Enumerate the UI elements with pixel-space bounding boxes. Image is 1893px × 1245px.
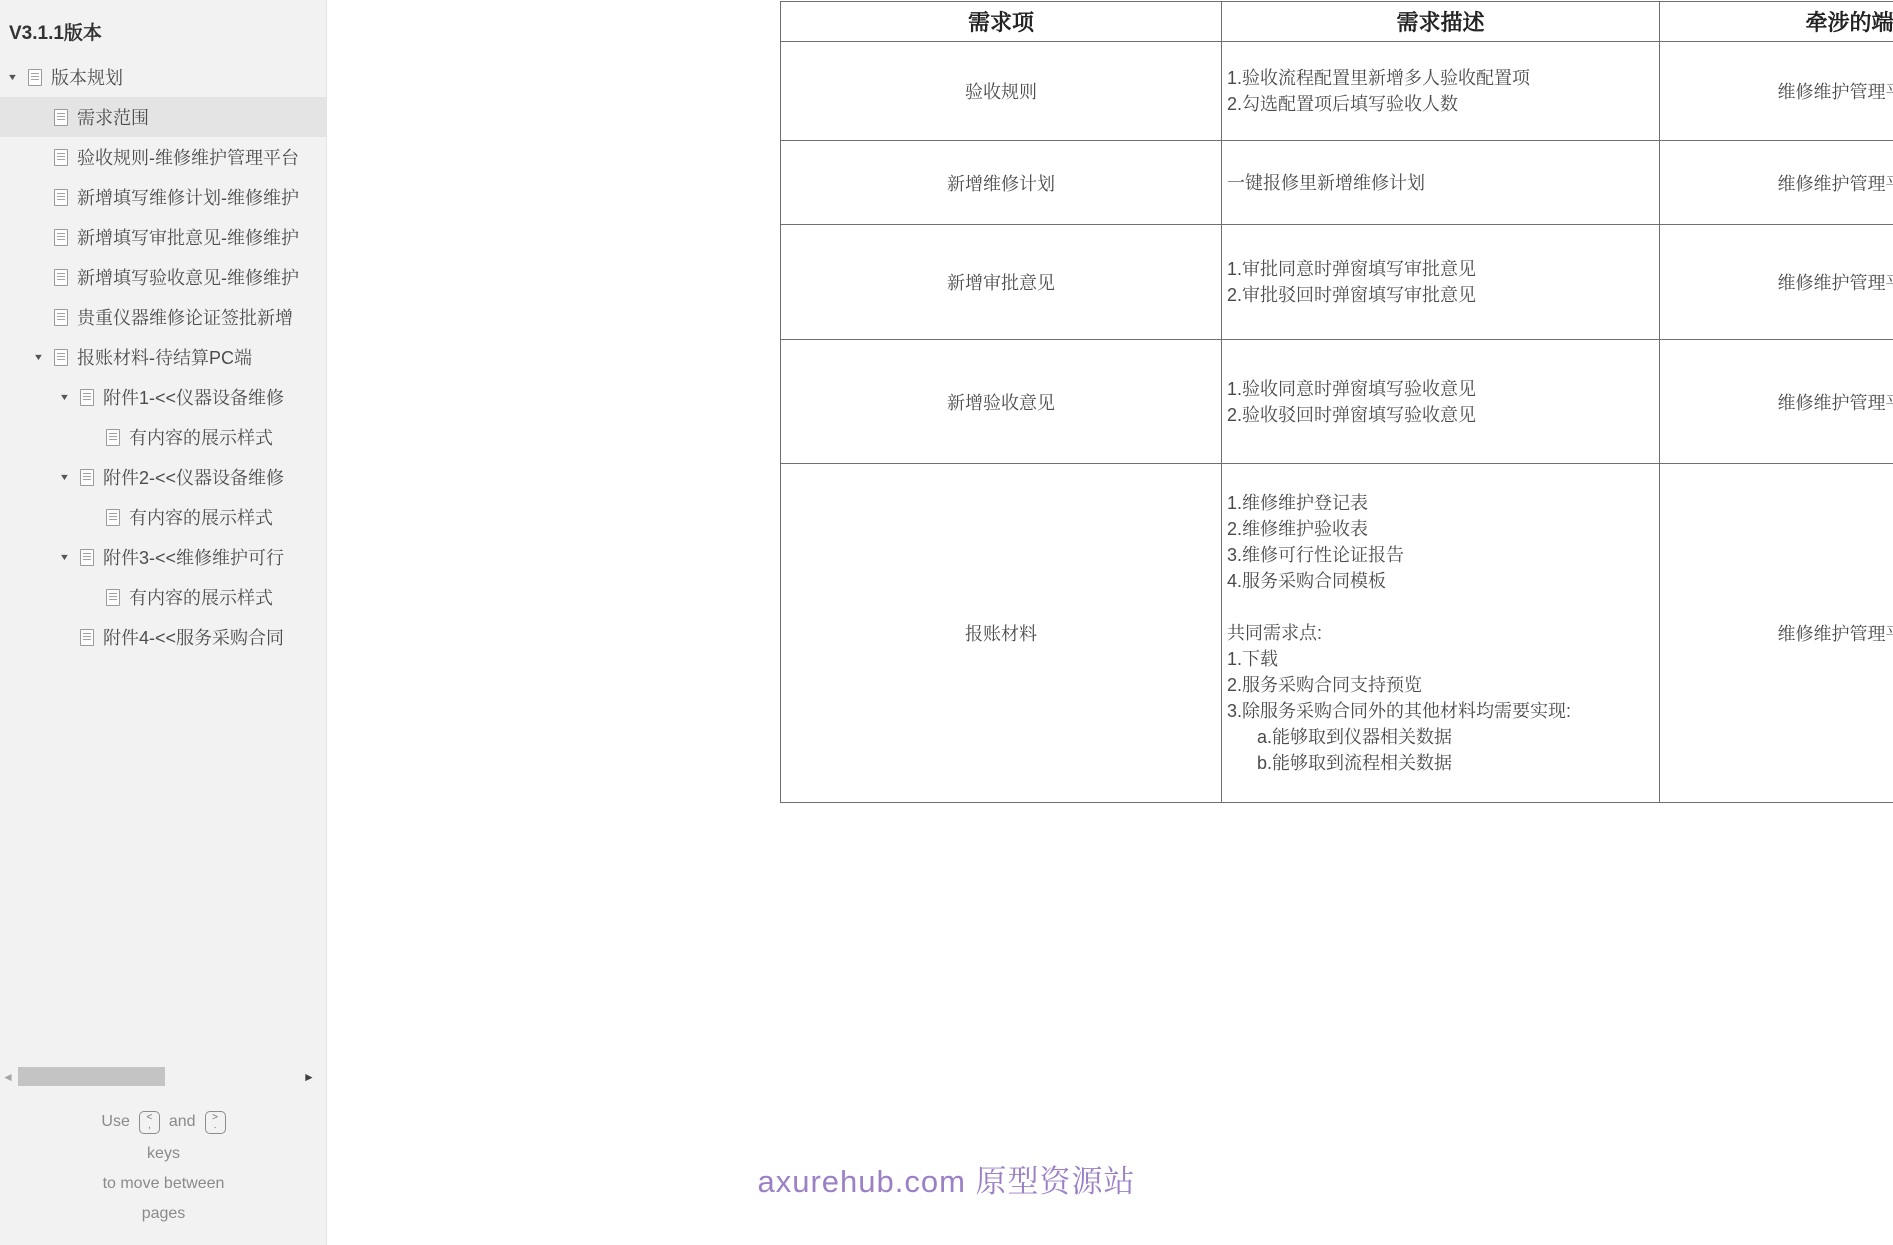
chevron-expanded-icon[interactable]: ▼	[59, 472, 70, 482]
scrollbar-thumb[interactable]	[18, 1067, 165, 1086]
tree-item-label: 附件3-<<维修维护可行	[103, 544, 284, 570]
chevron-expanded-icon[interactable]: ▼	[33, 352, 44, 362]
page-icon	[80, 389, 94, 406]
page-icon	[54, 309, 68, 326]
tree-item-label: 新增填写审批意见-维修维护	[77, 224, 299, 250]
table-header-row: 需求项 需求描述 牵涉的端	[781, 2, 1893, 42]
tree-item-requirement-scope[interactable]: 需求范围	[0, 97, 326, 137]
axurehub-watermark: axurehub.com 原型资源站	[0, 1156, 1893, 1201]
tree-item-reimbursement-materials[interactable]: ▼ 报账材料-待结算PC端	[0, 337, 326, 377]
tree-item-attachment-3[interactable]: ▼ 附件3-<<维修维护可行	[0, 537, 326, 577]
col-header-requirement-item: 需求项	[781, 2, 1222, 42]
tree-item-attachment-1[interactable]: ▼ 附件1-<<仪器设备维修	[0, 377, 326, 417]
page-icon	[54, 349, 68, 366]
table-row: 报账材料 1.维修维护登记表 2.维修维护验收表 3.维修可行性论证报告 4.服…	[781, 464, 1893, 803]
page-icon	[80, 469, 94, 486]
tree-item-label: 报账材料-待结算PC端	[77, 344, 252, 370]
page-icon	[54, 269, 68, 286]
cell-requirement-desc: 1.审批同意时弹窗填写审批意见 2.审批驳回时弹窗填写审批意见	[1222, 225, 1660, 340]
cell-involved-platform: 维修维护管理平台	[1660, 42, 1893, 141]
page-icon	[54, 149, 68, 166]
cell-requirement-desc: 一键报修里新增维修计划	[1222, 141, 1660, 225]
scroll-right-icon[interactable]: ►	[303, 1069, 315, 1085]
cell-requirement-item: 新增验收意见	[781, 340, 1222, 464]
chevron-expanded-icon[interactable]: ▼	[7, 72, 18, 82]
requirements-table-container: 需求项 需求描述 牵涉的端 验收规则 1.验收流程配置里新增多人验收配置项 2.…	[780, 1, 1893, 803]
tree-item-label: 附件1-<<仪器设备维修	[103, 384, 284, 410]
table-row: 新增审批意见 1.审批同意时弹窗填写审批意见 2.审批驳回时弹窗填写审批意见 维…	[781, 225, 1893, 340]
page-tree: ▼ 版本规划 需求范围 验收规则-维修维护管理平台 新增填写维修计划-维修维护	[0, 57, 326, 657]
tree-item-new-repair-plan[interactable]: 新增填写维修计划-维修维护	[0, 177, 326, 217]
tree-item-attachment-4[interactable]: 附件4-<<服务采购合同	[0, 617, 326, 657]
page-icon	[54, 189, 68, 206]
cell-requirement-desc: 1.验收流程配置里新增多人验收配置项 2.勾选配置项后填写验收人数	[1222, 42, 1660, 141]
page-icon	[106, 429, 120, 446]
tree-item-content-sample-3[interactable]: 有内容的展示样式	[0, 577, 326, 617]
cell-involved-platform: 维修维护管理平台	[1660, 464, 1893, 803]
col-header-requirement-desc: 需求描述	[1222, 2, 1660, 42]
cell-requirement-desc: 1.验收同意时弹窗填写验收意见 2.验收驳回时弹窗填写验收意见	[1222, 340, 1660, 464]
page-icon	[80, 629, 94, 646]
page-icon	[106, 589, 120, 606]
page-icon	[54, 229, 68, 246]
project-title: V3.1.1版本	[0, 0, 326, 57]
help-text-pages: pages	[0, 1199, 327, 1229]
key-left-icon: < ,	[139, 1111, 160, 1134]
page-icon	[80, 549, 94, 566]
tree-item-valuable-instrument[interactable]: 贵重仪器维修论证签批新增	[0, 297, 326, 337]
tree-item-acceptance-rules[interactable]: 验收规则-维修维护管理平台	[0, 137, 326, 177]
chevron-expanded-icon[interactable]: ▼	[59, 392, 70, 402]
sitemap-sidebar: V3.1.1版本 ▼ 版本规划 需求范围 验收规则-维修维护管理平台 新增填写维…	[0, 0, 327, 1245]
page-icon	[106, 509, 120, 526]
tree-item-label: 有内容的展示样式	[129, 584, 273, 610]
chevron-expanded-icon[interactable]: ▼	[59, 552, 70, 562]
tree-item-content-sample-2[interactable]: 有内容的展示样式	[0, 497, 326, 537]
tree-item-version-plan[interactable]: ▼ 版本规划	[0, 57, 326, 97]
tree-item-label: 附件4-<<服务采购合同	[103, 624, 284, 650]
tree-item-attachment-2[interactable]: ▼ 附件2-<<仪器设备维修	[0, 457, 326, 497]
tree-item-content-sample-1[interactable]: 有内容的展示样式	[0, 417, 326, 457]
tree-item-label: 有内容的展示样式	[129, 504, 273, 530]
cell-involved-platform: 维修维护管理平台	[1660, 141, 1893, 225]
tree-item-label: 需求范围	[77, 104, 149, 130]
key-right-icon: > .	[205, 1111, 226, 1134]
tree-item-new-acceptance-opinion[interactable]: 新增填写验收意见-维修维护	[0, 257, 326, 297]
scroll-left-icon[interactable]: ◄	[2, 1069, 14, 1085]
cell-requirement-desc: 1.维修维护登记表 2.维修维护验收表 3.维修可行性论证报告 4.服务采购合同…	[1222, 464, 1660, 803]
page-icon	[28, 69, 42, 86]
tree-item-label: 附件2-<<仪器设备维修	[103, 464, 284, 490]
tree-item-new-approval-opinion[interactable]: 新增填写审批意见-维修维护	[0, 217, 326, 257]
sidebar-horizontal-scrollbar: ◄ ►	[0, 1066, 327, 1088]
requirements-table: 需求项 需求描述 牵涉的端 验收规则 1.验收流程配置里新增多人验收配置项 2.…	[780, 1, 1893, 803]
help-text-and: and	[169, 1113, 196, 1131]
cell-requirement-item: 报账材料	[781, 464, 1222, 803]
page-icon	[54, 109, 68, 126]
table-row: 新增维修计划 一键报修里新增维修计划 维修维护管理平台	[781, 141, 1893, 225]
tree-item-label: 贵重仪器维修论证签批新增	[77, 304, 293, 330]
table-row: 新增验收意见 1.验收同意时弹窗填写验收意见 2.验收驳回时弹窗填写验收意见 维…	[781, 340, 1893, 464]
col-header-involved-platform: 牵涉的端	[1660, 2, 1893, 42]
tree-item-label: 新增填写维修计划-维修维护	[77, 184, 299, 210]
tree-item-label: 验收规则-维修维护管理平台	[77, 144, 299, 170]
cell-requirement-item: 新增维修计划	[781, 141, 1222, 225]
tree-item-label: 有内容的展示样式	[129, 424, 273, 450]
cell-requirement-item: 验收规则	[781, 42, 1222, 141]
cell-involved-platform: 维修维护管理平台	[1660, 225, 1893, 340]
tree-item-label: 版本规划	[51, 64, 123, 90]
cell-requirement-item: 新增审批意见	[781, 225, 1222, 340]
cell-involved-platform: 维修维护管理平台	[1660, 340, 1893, 464]
table-row: 验收规则 1.验收流程配置里新增多人验收配置项 2.勾选配置项后填写验收人数 维…	[781, 42, 1893, 141]
tree-item-label: 新增填写验收意见-维修维护	[77, 264, 299, 290]
help-text-use: Use	[101, 1113, 129, 1131]
